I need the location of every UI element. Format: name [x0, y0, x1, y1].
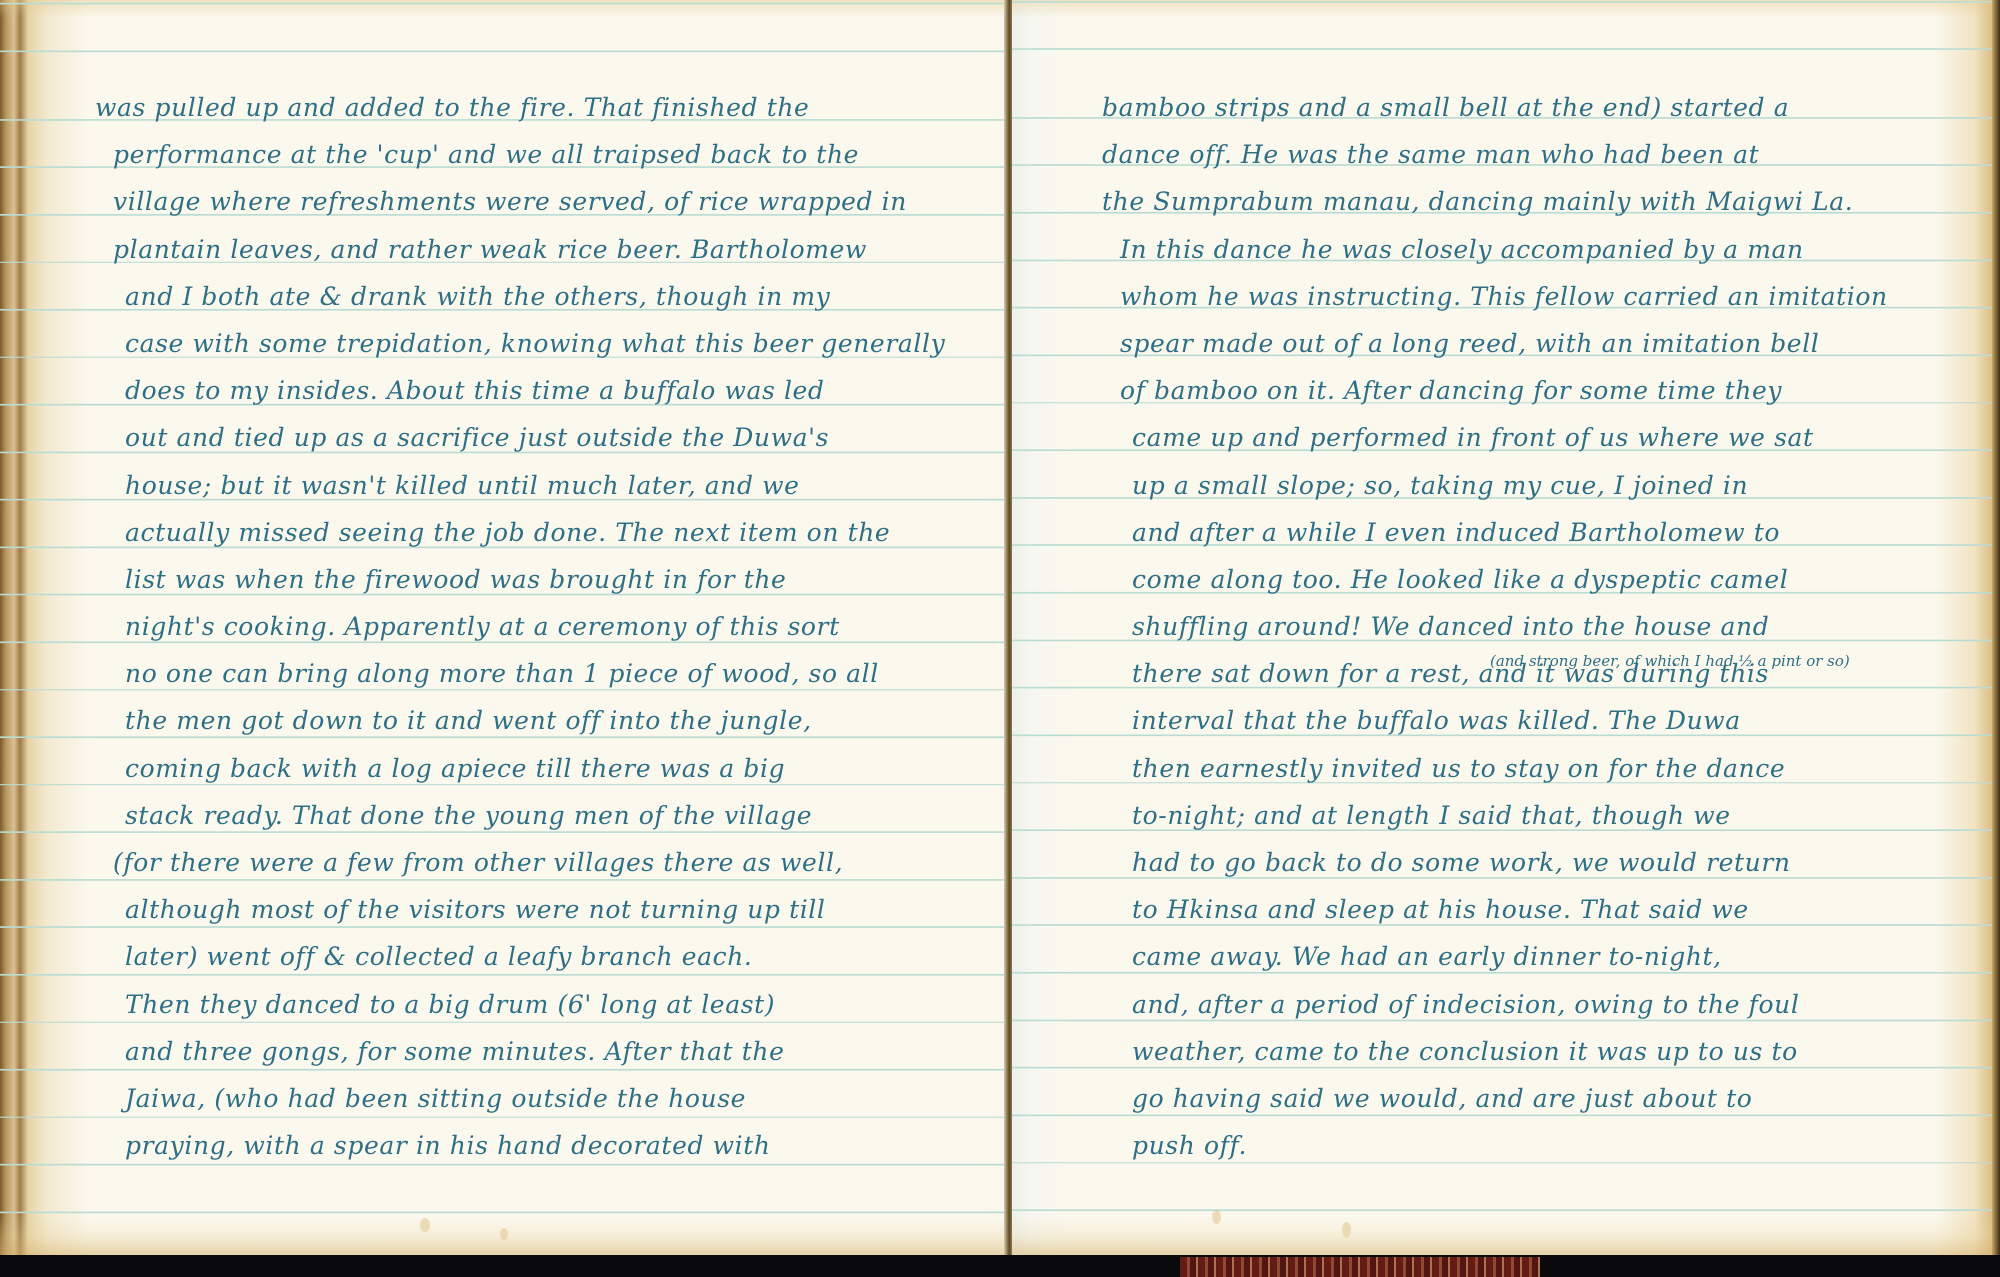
notebook-spread: was pulled up and added to the fire. Tha…: [0, 0, 2000, 1277]
text-line: village where refreshments were served, …: [95, 182, 995, 229]
text-line: In this dance he was closely accompanied…: [1102, 230, 1982, 277]
text-line: house; but it wasn't killed until much l…: [95, 466, 995, 513]
text-line: Jaiwa, (who had been sitting outside the…: [95, 1079, 995, 1126]
text-line: go having said we would, and are just ab…: [1102, 1079, 1982, 1126]
text-line: was pulled up and added to the fire. Tha…: [95, 88, 995, 135]
text-line: case with some trepidation, knowing what…: [95, 324, 995, 371]
left-page: was pulled up and added to the fire. Tha…: [0, 0, 1006, 1256]
text-line: weather, came to the conclusion it was u…: [1102, 1032, 1982, 1079]
right-page: bamboo strips and a small bell at the en…: [1012, 0, 1994, 1256]
text-line: to-night; and at length I said that, tho…: [1102, 796, 1982, 843]
text-line: up a small slope; so, taking my cue, I j…: [1102, 466, 1982, 513]
text-line: Then they danced to a big drum (6' long …: [95, 985, 995, 1032]
text-line: and, after a period of indecision, owing…: [1102, 985, 1982, 1032]
text-line: come along too. He looked like a dyspept…: [1102, 560, 1982, 607]
left-page-text: was pulled up and added to the fire. Tha…: [95, 88, 995, 1173]
text-line: dance off. He was the same man who had b…: [1102, 135, 1982, 182]
text-line: list was when the firewood was brought i…: [95, 560, 995, 607]
text-line: then earnestly invited us to stay on for…: [1102, 749, 1982, 796]
text-line: shuffling around! We danced into the hou…: [1102, 607, 1982, 654]
text-line: had to go back to do some work, we would…: [1102, 843, 1982, 890]
top-edge-stain: [1012, 0, 1994, 18]
bottom-edge-foxing: [1012, 1216, 1994, 1256]
bottom-edge-foxing: [0, 1216, 1006, 1256]
text-line: out and tied up as a sacrifice just outs…: [95, 418, 995, 465]
patterned-cloth: [1180, 1257, 1540, 1277]
text-line: the Sumprabum manau, dancing mainly with…: [1102, 182, 1982, 229]
text-line: stack ready. That done the young men of …: [95, 796, 995, 843]
text-line: does to my insides. About this time a bu…: [95, 371, 995, 418]
interlinear-insertion: (and strong beer, of which I had ½ a pin…: [1490, 652, 1850, 670]
text-line: later) went off & collected a leafy bran…: [95, 937, 995, 984]
text-line: plantain leaves, and rather weak rice be…: [95, 230, 995, 277]
text-line: push off.: [1102, 1126, 1982, 1173]
text-line: coming back with a log apiece till there…: [95, 749, 995, 796]
text-line: whom he was instructing. This fellow car…: [1102, 277, 1982, 324]
text-line: of bamboo on it. After dancing for some …: [1102, 371, 1982, 418]
text-line: came away. We had an early dinner to-nig…: [1102, 937, 1982, 984]
text-line: performance at the 'cup' and we all trai…: [95, 135, 995, 182]
text-line: (for there were a few from other village…: [95, 843, 995, 890]
text-line: and after a while I even induced Barthol…: [1102, 513, 1982, 560]
text-line: spear made out of a long reed, with an i…: [1102, 324, 1982, 371]
top-edge-stain: [0, 0, 1006, 18]
background-below-book: [0, 1255, 2000, 1277]
text-line: no one can bring along more than 1 piece…: [95, 654, 995, 701]
text-line: came up and performed in front of us whe…: [1102, 418, 1982, 465]
text-line: and I both ate & drank with the others, …: [95, 277, 995, 324]
text-line: the men got down to it and went off into…: [95, 701, 995, 748]
text-line: and three gongs, for some minutes. After…: [95, 1032, 995, 1079]
text-line: actually missed seeing the job done. The…: [95, 513, 995, 560]
text-line: interval that the buffalo was killed. Th…: [1102, 701, 1982, 748]
right-page-text: bamboo strips and a small bell at the en…: [1102, 88, 1982, 1173]
text-line: to Hkinsa and sleep at his house. That s…: [1102, 890, 1982, 937]
text-line: bamboo strips and a small bell at the en…: [1102, 88, 1982, 135]
text-line: praying, with a spear in his hand decora…: [95, 1126, 995, 1173]
cover-edge: [1992, 0, 2000, 1256]
text-line: although most of the visitors were not t…: [95, 890, 995, 937]
text-line: night's cooking. Apparently at a ceremon…: [95, 607, 995, 654]
